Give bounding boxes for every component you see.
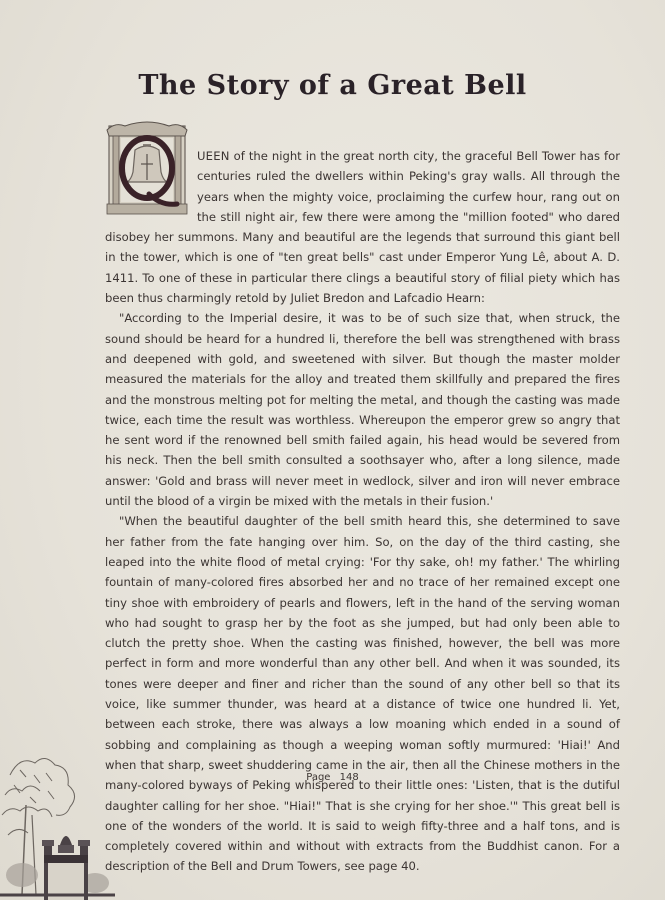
drop-cap-q-bell-icon: [105, 120, 189, 218]
paragraph-2: "According to the Imperial desire, it wa…: [105, 308, 620, 511]
story-body: UEEN of the night in the great north cit…: [105, 146, 620, 877]
book-page: The Story of a Great Bell: [0, 0, 665, 900]
tree-and-gate-illustration-icon: [0, 745, 115, 900]
ornate-frame-bell-icon: [105, 120, 189, 218]
lead-word: UEEN: [197, 149, 230, 163]
paragraph-1: UEEN of the night in the great north cit…: [105, 146, 620, 308]
paragraph-3: "When the beautiful daughter of the bell…: [105, 511, 620, 876]
page-title: The Story of a Great Bell: [0, 70, 665, 101]
